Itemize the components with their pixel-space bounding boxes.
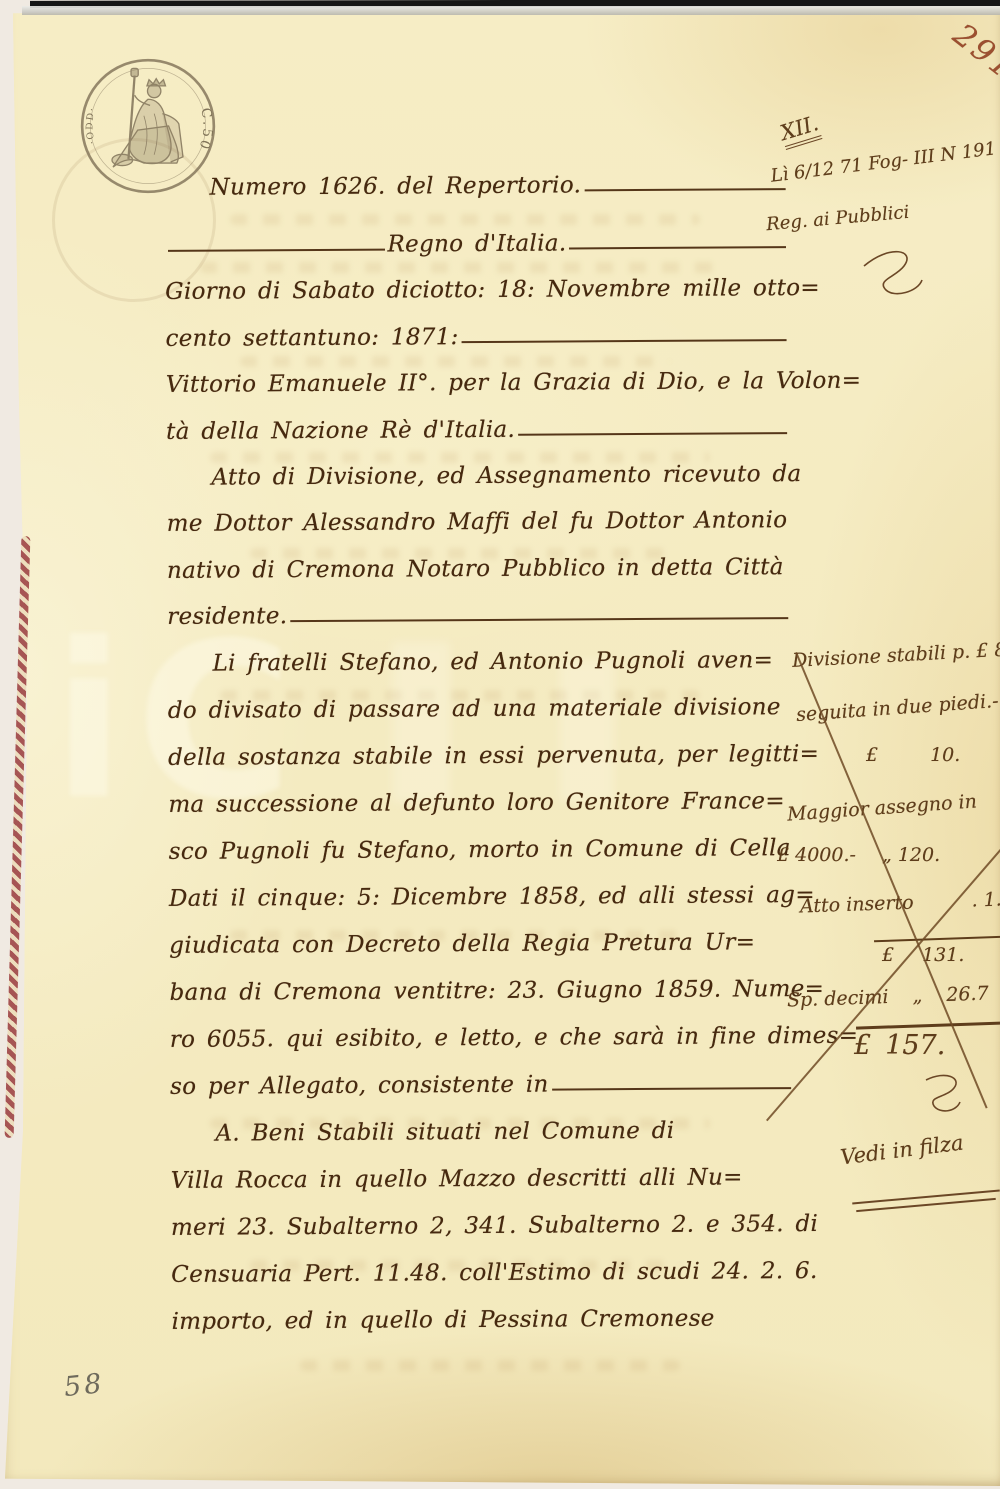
manuscript-line: giudicata con Decreto della Regia Pretur… xyxy=(169,909,793,960)
manuscript-text: so per Allegato, consistente in xyxy=(170,1072,549,1101)
manuscript-line: Censuaria Pert. 11.48. coll'Estimo di sc… xyxy=(171,1238,795,1289)
manuscript-line: Numero 1626. del Repertorio. xyxy=(164,142,788,202)
manuscript-line: me Dottor Alessandro Maffi del fu Dottor… xyxy=(166,488,790,538)
margin-total: £157. xyxy=(854,1030,945,1061)
manuscript-line: tà della Nazione Rè d'Italia. xyxy=(166,395,790,445)
manuscript-text: ma successione al defunto loro Genitore … xyxy=(168,788,785,819)
ruled-line xyxy=(168,249,385,252)
manuscript-line: Vittorio Emanuele II°. per la Grazia di … xyxy=(166,349,790,399)
ruled-line xyxy=(552,1087,792,1090)
amount-value: 10. xyxy=(930,744,960,766)
manuscript-text: Dati il cinque: 5: Dicembre 1858, ed all… xyxy=(169,882,815,913)
total-paraph xyxy=(916,1072,976,1120)
manuscript-text: Atto di Divisione, ed Assegnamento ricev… xyxy=(211,461,801,492)
ruled-line xyxy=(462,339,787,343)
manuscript-text: meri 23. Subalterno 2, 341. Subalterno 2… xyxy=(171,1211,818,1242)
manuscript-text: Villa Rocca in quello Mazzo descritti al… xyxy=(171,1165,743,1195)
manuscript-text: importo, ed in quello di Pessina Cremone… xyxy=(171,1306,714,1336)
manuscript-line: nativo di Cremona Notaro Pubblico in det… xyxy=(167,534,791,584)
manuscript-text: Giorno di Sabato diciotto: 18: Novembre … xyxy=(165,275,820,306)
manuscript-line: meri 23. Subalterno 2, 341. Subalterno 2… xyxy=(171,1191,795,1242)
amount-value: . 1. xyxy=(971,888,1000,911)
amount-value: 26.7 xyxy=(946,982,989,1005)
manuscript-line: ro 6055. qui esibito, e letto, e che sar… xyxy=(170,1003,794,1054)
manuscript-text: Vittorio Emanuele II°. per la Grazia di … xyxy=(166,368,862,399)
manuscript-text: Numero 1626. del Repertorio. xyxy=(210,172,582,201)
manuscript-line: importo, ed in quello di Pessina Cremone… xyxy=(171,1285,795,1336)
manuscript-text: sco Pugnoli fu Stefano, morto in Comune … xyxy=(169,835,791,866)
manuscript-line: do divisato di passare ad una materiale … xyxy=(168,674,792,725)
lira-symbol: £ xyxy=(882,944,894,966)
manuscript-line: cento settantuno: 1871: xyxy=(165,302,789,352)
manuscript-text: Regno d'Italia. xyxy=(387,230,566,258)
manuscript-line: Regno d'Italia. xyxy=(165,198,789,260)
manuscript-line: so per Allegato, consistente in xyxy=(170,1050,794,1101)
svg-text:·ODD·: ·ODD· xyxy=(84,105,98,145)
ruled-line xyxy=(290,617,788,622)
bleedthrough-smudge xyxy=(300,1360,680,1371)
manuscript-text: residente. xyxy=(167,603,287,631)
manuscript-text: A. Beni Stabili situati nel Comune di xyxy=(215,1118,674,1148)
manuscript-line: sco Pugnoli fu Stefano, morto in Comune … xyxy=(168,815,792,866)
manuscript-line: residente. xyxy=(167,581,791,631)
manuscript-text: giudicata con Decreto della Regia Pretur… xyxy=(169,929,755,960)
ruled-line xyxy=(569,246,786,249)
manuscript-text: do divisato di passare ad una materiale … xyxy=(168,694,781,725)
margin-amount-10: £10. xyxy=(866,744,960,766)
manuscript-text: me Dottor Alessandro Maffi del fu Dottor… xyxy=(167,507,788,538)
manuscript-text: bana di Cremona ventitre: 23. Giugno 185… xyxy=(169,976,824,1007)
manuscript-text: cento settantuno: 1871: xyxy=(165,324,458,353)
manuscript-line: Li fratelli Stefano, ed Antonio Pugnoli … xyxy=(167,627,791,678)
manuscript-line: Giorno di Sabato diciotto: 18: Novembre … xyxy=(165,256,789,306)
ditto-mark: „ xyxy=(912,985,923,1007)
ruled-line xyxy=(584,188,785,191)
stamp-inscription: ·ODD· xyxy=(84,105,98,145)
manuscript-line: Atto di Divisione, ed Assegnamento ricev… xyxy=(166,442,790,492)
amount-value: 157. xyxy=(885,1030,945,1061)
lira-symbol: £ xyxy=(854,1030,871,1061)
scan-edge-gloss xyxy=(22,6,1000,15)
amount-value: 131. xyxy=(922,944,964,966)
note-label: Sp. decimi xyxy=(787,986,889,1012)
page-number-bottom: 58 xyxy=(62,1368,105,1403)
margin-amount-4000: £ 4000.-„ 120. xyxy=(777,844,940,866)
amount-value: „ 120. xyxy=(882,844,940,866)
registration-paraph xyxy=(858,240,928,300)
lira-symbol: £ xyxy=(866,744,878,766)
manuscript-text: Li fratelli Stefano, ed Antonio Pugnoli … xyxy=(212,647,773,677)
manuscript-line: bana di Cremona ventitre: 23. Giugno 185… xyxy=(169,956,793,1007)
manuscript-text: Censuaria Pert. 11.48. coll'Estimo di sc… xyxy=(171,1258,817,1289)
manuscript-line: Dati il cinque: 5: Dicembre 1858, ed all… xyxy=(169,862,793,913)
manuscript-page: iC C.50 ·ODD· xyxy=(0,0,1000,1489)
amount-label: £ 4000.- xyxy=(777,844,856,866)
manuscript-text: della sostanza stabile in essi pervenuta… xyxy=(168,741,819,772)
manuscript-lines: Numero 1626. del Repertorio.Regno d'Ital… xyxy=(164,142,795,1336)
manuscript-text: ro 6055. qui esibito, e letto, e che sar… xyxy=(170,1023,859,1054)
manuscript-text: tà della Nazione Rè d'Italia. xyxy=(166,416,515,445)
manuscript-line: A. Beni Stabili situati nel Comune di xyxy=(170,1097,794,1148)
manuscript-line: della sostanza stabile in essi pervenuta… xyxy=(168,721,792,772)
manuscript-line: Villa Rocca in quello Mazzo descritti al… xyxy=(170,1144,794,1195)
ruled-line xyxy=(518,432,787,436)
manuscript-text: nativo di Cremona Notaro Pubblico in det… xyxy=(167,554,784,585)
manuscript-line: ma successione al defunto loro Genitore … xyxy=(168,768,792,819)
